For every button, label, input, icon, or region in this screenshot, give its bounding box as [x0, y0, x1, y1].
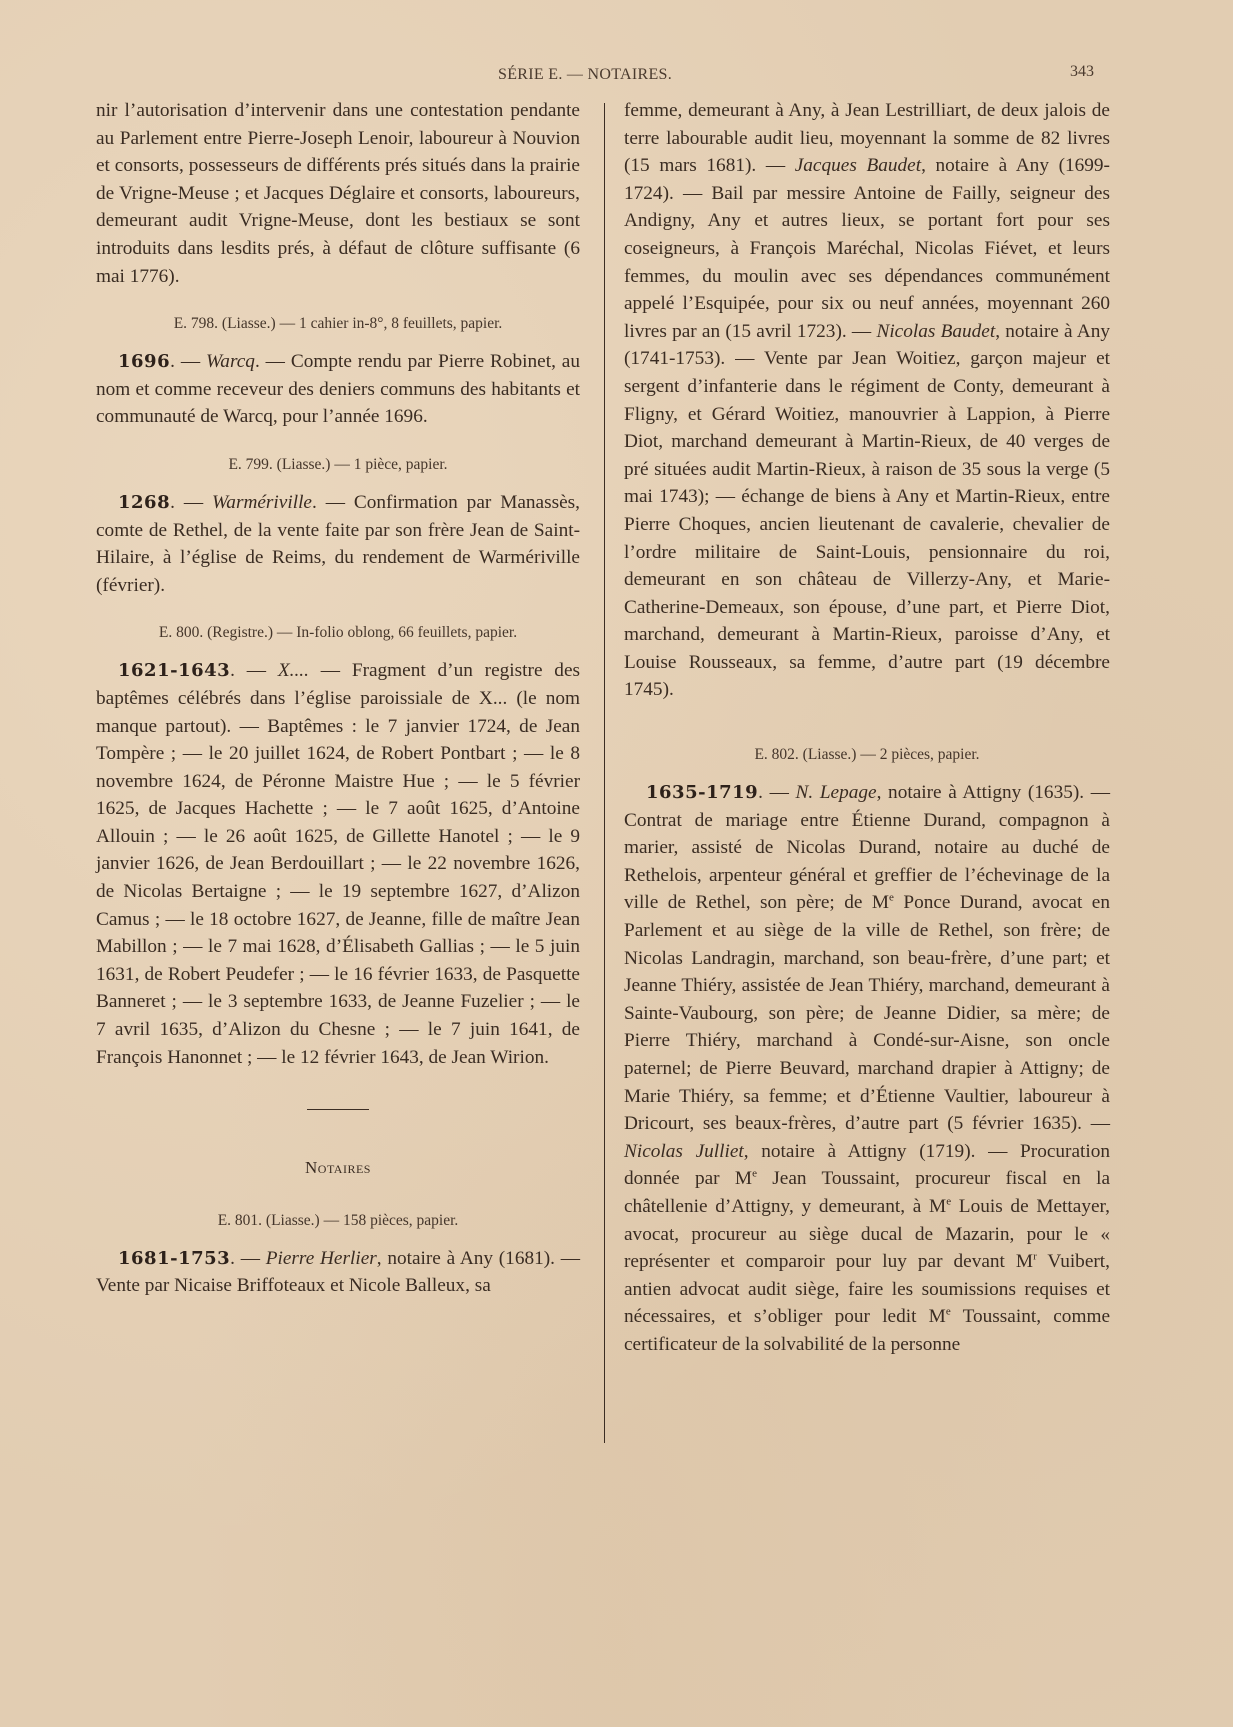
running-head: SÉRIE E. — NOTAIRES. 343: [0, 66, 1233, 90]
entry-text: Fragment d’un registre des baptêmes célé…: [96, 660, 580, 1067]
notary-name: Jacques Baudet: [795, 155, 921, 176]
text-run: , notaire à Any (1699-1724). — Bail par …: [624, 155, 1110, 342]
entry-e799: 1268. — Warmériville. — Confirmation par…: [96, 489, 580, 599]
entry-date: 1268: [118, 492, 170, 513]
entry-place: X....: [278, 660, 309, 681]
section-title-notaires: Notaires: [96, 1154, 580, 1182]
entry-e798: 1696. — Warcq. — Compte rendu par Pierre…: [96, 348, 580, 431]
entry-e801: 1681-1753. — Pierre Herlier, notaire à A…: [96, 1245, 580, 1300]
text-run: , notaire à Any (1741-1753). — Vente par…: [624, 321, 1110, 701]
entry-place: Warmériville: [212, 492, 312, 513]
right-column: femme, demeurant à Any, à Jean Lestrilli…: [624, 97, 1110, 1359]
entry-place: Warcq: [206, 351, 255, 372]
entry-date: 1696: [118, 351, 170, 372]
cote-e799: E. 799. (Liasse.) — 1 pièce, papier.: [96, 454, 580, 476]
entry-date: 1621-1643: [118, 660, 230, 681]
entry-date: 1635-1719: [646, 782, 758, 803]
cote-e801: E. 801. (Liasse.) — 158 pièces, papier.: [96, 1210, 580, 1232]
cote-e798: E. 798. (Liasse.) — 1 cahier in-8°, 8 fe…: [96, 313, 580, 335]
text-run: Ponce Durand, avocat en Parlement et au …: [624, 892, 1110, 1134]
continuation-e801: femme, demeurant à Any, à Jean Lestrilli…: [624, 97, 1110, 704]
notary-rest: , notaire à Any (1681).: [377, 1248, 555, 1269]
left-column: nir l’autorisation d’intervenir dans une…: [96, 97, 580, 1300]
continuation-paragraph: nir l’autorisation d’intervenir dans une…: [96, 97, 580, 290]
cote-e802: E. 802. (Liasse.) — 2 pièces, papier.: [624, 744, 1110, 766]
cote-e800: E. 800. (Registre.) — In-folio oblong, 6…: [96, 622, 580, 644]
notary-name: Pierre Herlier: [266, 1248, 377, 1269]
entry-e800: 1621-1643. — X.... — Fragment d’un regis…: [96, 657, 580, 1071]
notary-name: N. Lepage: [796, 782, 877, 803]
notary-name: Nicolas Julliet: [624, 1141, 744, 1162]
running-title: SÉRIE E. — NOTAIRES.: [498, 66, 672, 84]
entry-e802: 1635-1719. — N. Lepage, notaire à Attign…: [624, 779, 1110, 1358]
entry-date: 1681-1753: [118, 1248, 230, 1269]
notary-name: Nicolas Baudet: [876, 321, 995, 342]
notary-rest: , notaire à Attigny (1635).: [877, 782, 1084, 803]
section-rule: [307, 1109, 369, 1110]
column-divider: [604, 103, 605, 1443]
page-number: 343: [1070, 63, 1094, 81]
